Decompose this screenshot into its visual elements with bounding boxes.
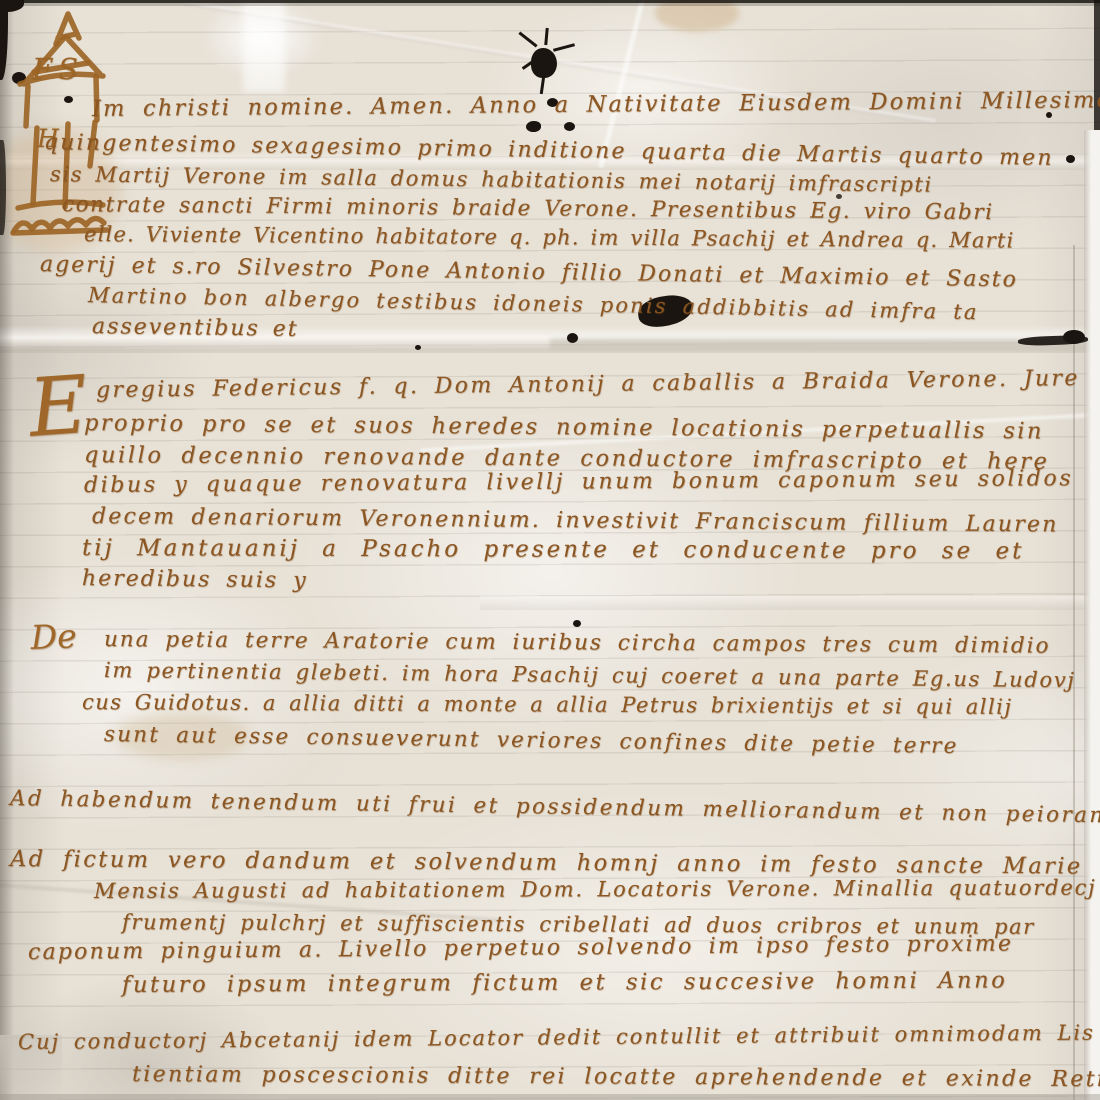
edge-right-white-band (1084, 130, 1100, 1100)
manuscript-line: im pertinentia glebeti. im hora Psachij … (104, 658, 1076, 692)
manuscript-line: futuro ipsum integrum fictum et sic succ… (122, 967, 1007, 998)
stain-top-tan (655, 0, 739, 32)
manuscript-line: asseventibus et (92, 314, 299, 342)
manuscript-line: Cuj conductorj Abcetanij idem Locator de… (18, 1021, 1095, 1054)
ink-blot-fold-right (1063, 330, 1085, 344)
manuscript-page: FS H Im christi nomine. Amen. Anno a Nat… (0, 0, 1100, 1100)
ink-blot-star-ray-1 (518, 32, 537, 48)
manuscript-line: contrate sancti Firmi minoris braide Ver… (62, 192, 994, 225)
edge-right-top-dark (1094, 0, 1100, 135)
ink-blot-tiny-2 (573, 620, 581, 627)
decorated-initial-e: E (26, 358, 91, 455)
ink-blot-mid-satellite (567, 333, 578, 343)
manuscript-line: Im christi nomine. Amen. Anno a Nativita… (92, 87, 1100, 122)
ink-blot-tiny-1 (415, 345, 421, 350)
manuscript-line: gregius Federicus f. q. Dom Antonij a ca… (96, 366, 1080, 403)
manuscript-line: proprio pro se et suos heredes nomine lo… (84, 410, 1044, 444)
manuscript-line: Ad fictum vero dandum et solvendum homnj… (10, 846, 1083, 879)
edge-bottom-shadow (0, 1094, 1100, 1100)
ink-blot-star-ray-5 (544, 28, 548, 45)
notary-sign-letters-fs: FS (32, 52, 84, 86)
manuscript-line: tij Mantauanij a Psacho presente et cond… (82, 535, 1024, 564)
manuscript-line: Mensis Augusti ad habitationem Dom. Loca… (94, 876, 1097, 903)
edge-top-dark (0, 0, 1100, 3)
manuscript-line: elle. Viviente Vicentino habitatore q. p… (84, 222, 1015, 252)
manuscript-line: decem denariorum Veronennium. investivit… (92, 504, 1059, 537)
decorated-initial-de: De (30, 616, 77, 657)
manuscript-line: sis Martij Verone im salla domus habitat… (50, 162, 933, 197)
manuscript-line: sunt aut esse consueverunt veriores conf… (104, 722, 959, 759)
manuscript-line: caponum pinguium a. Livello perpetuo sol… (28, 931, 1013, 965)
manuscript-line: una petia terre Aratorie cum iuribus cir… (104, 627, 1051, 659)
manuscript-line: Ad habendum tenendum uti frui et posside… (10, 786, 1100, 829)
fold-crease-lower (480, 596, 1100, 610)
pale-streak-top (243, 0, 285, 92)
manuscript-line: cus Guidotus. a allia ditti a monte a al… (82, 690, 1013, 719)
manuscript-line: heredibus suis y (82, 566, 308, 593)
ink-blot-star-ray-2 (553, 43, 575, 52)
ink-fleck-right-1 (1066, 155, 1075, 163)
ink-blot-small-3 (564, 122, 575, 131)
ink-blot-small-2 (526, 121, 541, 132)
manuscript-line: dibus y quaque renovatura livellj unum b… (84, 466, 1073, 498)
manuscript-line: tientiam poscescionis ditte rei locatte … (132, 1062, 1100, 1092)
edge-top-fade (0, 3, 1100, 6)
ink-blot-star-core (531, 48, 557, 78)
